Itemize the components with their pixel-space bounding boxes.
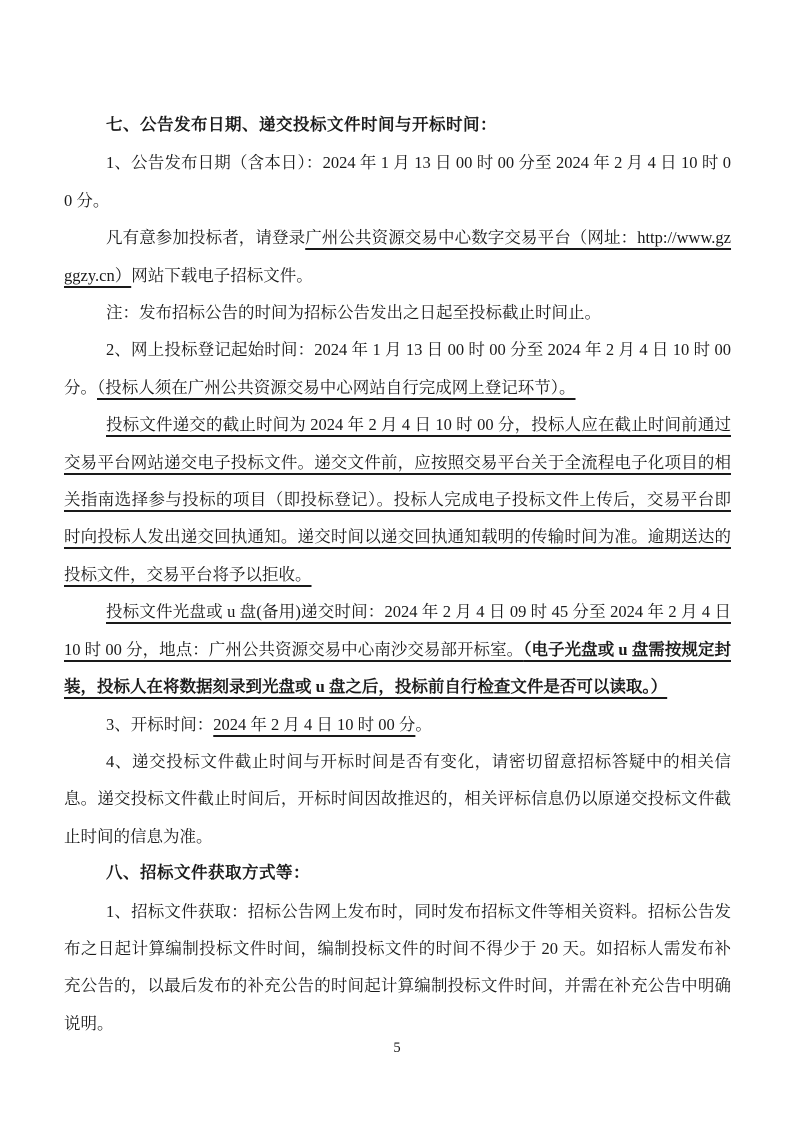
- text-run: 八、招标文件获取方式等：: [106, 864, 310, 882]
- para-online-registration: 2、网上投标登记起始时间：2024 年 1 月 13 日 00 时 00 分至 …: [64, 331, 731, 406]
- text-run-underlined: 投标文件递交的截止时间为 2024 年 2 月 4 日 10 时 00 分，投标…: [64, 415, 731, 584]
- document-page: 七、公告发布日期、递交投标文件时间与开标时间： 1、公告发布日期（含本日）：20…: [0, 0, 794, 1123]
- text-run: 注：发布招标公告的时间为招标公告发出之日起至投标截止时间止。: [106, 303, 601, 322]
- text-run: 1、公告发布日期（含本日）：2024 年 1 月 13 日 00 时 00 分至…: [64, 153, 731, 209]
- section-heading-announcement-times: 七、公告发布日期、递交投标文件时间与开标时间：: [64, 107, 731, 144]
- text-run: 1、招标文件获取：招标公告网上发布时，同时发布招标文件等相关资料。招标公告发布之…: [64, 902, 731, 1033]
- para-time-change-notice: 4、递交投标文件截止时间与开标时间是否有变化，请密切留意招标答疑中的相关信息。递…: [64, 743, 731, 855]
- section-heading-document-acquisition: 八、招标文件获取方式等：: [64, 855, 731, 892]
- text-run: 4、递交投标文件截止时间与开标时间是否有变化，请密切留意招标答疑中的相关信息。递…: [64, 752, 731, 846]
- document-body: 七、公告发布日期、递交投标文件时间与开标时间： 1、公告发布日期（含本日）：20…: [64, 107, 731, 1042]
- para-document-acquisition: 1、招标文件获取：招标公告网上发布时，同时发布招标文件等相关资料。招标公告发布之…: [64, 893, 731, 1043]
- para-backup-media-submission: 投标文件光盘或 u 盘(备用)递交时间：2024 年 2 月 4 日 09 时 …: [64, 593, 731, 705]
- para-submission-deadline: 投标文件递交的截止时间为 2024 年 2 月 4 日 10 时 00 分，投标…: [64, 406, 731, 593]
- text-run-underlined: （投标人须在广州公共资源交易中心网站自行完成网上登记环节）。: [97, 378, 576, 397]
- page-footer: 5: [0, 1037, 794, 1059]
- text-run: 凡有意参加投标者，请登录: [106, 228, 305, 247]
- para-platform-download: 凡有意参加投标者，请登录广州公共资源交易中心数字交易平台（网址：http://w…: [64, 219, 731, 294]
- text-run-underlined: 2024 年 2 月 4 日 10 时 00 分: [213, 715, 415, 734]
- para-note: 注：发布招标公告的时间为招标公告发出之日起至投标截止时间止。: [64, 294, 731, 331]
- text-run: 七、公告发布日期、递交投标文件时间与开标时间：: [106, 116, 497, 134]
- para-announcement-date: 1、公告发布日期（含本日）：2024 年 1 月 13 日 00 时 00 分至…: [64, 144, 731, 219]
- para-bid-opening-time: 3、开标时间：2024 年 2 月 4 日 10 时 00 分。: [64, 706, 731, 743]
- text-run: 网站下载电子招标文件。: [131, 266, 313, 285]
- text-run: 。: [415, 715, 432, 734]
- page-number: 5: [393, 1040, 400, 1056]
- text-run: 3、开标时间：: [106, 715, 213, 734]
